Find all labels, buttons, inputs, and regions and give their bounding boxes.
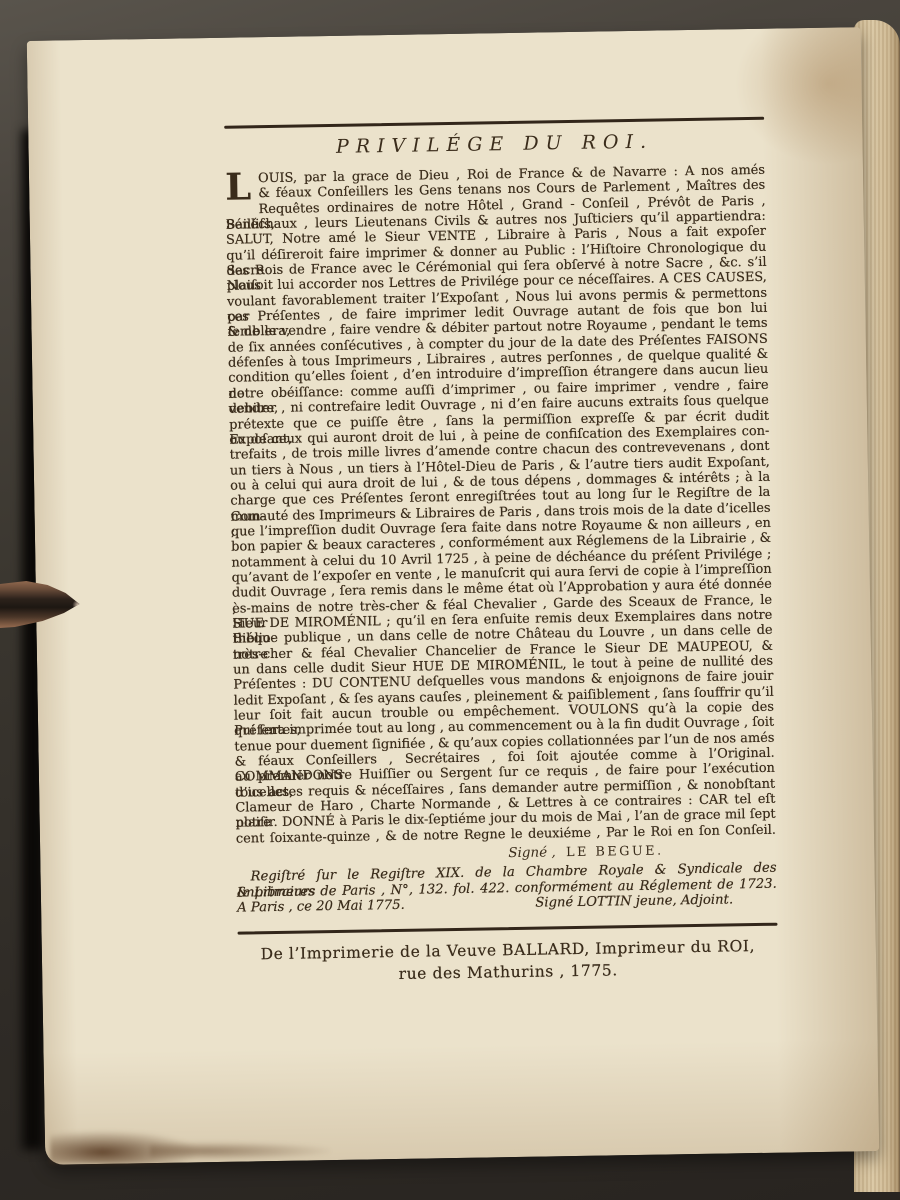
signature-name: LE BEGUE. xyxy=(566,844,664,861)
registration-note: Regiſtré ſur le Regiſtre XIX. de la Cham… xyxy=(237,861,778,917)
printer-colophon: De l’Imprimerie de la Veuve BALLARD, Imp… xyxy=(228,934,789,987)
edge-stain xyxy=(150,1142,330,1160)
privilege-body-text: L OUIS, par la grace de Dieu , Roi de Fr… xyxy=(225,163,776,847)
registration-signature: Signé LOTTIN jeune, Adjoint. xyxy=(535,893,733,912)
privilege-text-lines: OUIS, par la grace de Dieu , Roi de Fran… xyxy=(225,163,776,847)
registration-place-date: A Paris , ce 20 Mai 1775. xyxy=(237,898,405,916)
page-title: PRIVILÉGE DU ROI. xyxy=(224,129,764,160)
bottom-horizontal-rule xyxy=(238,923,778,935)
signature-prefix: Signé , xyxy=(508,844,556,861)
book-page: PRIVILÉGE DU ROI. L OUIS, par la grace d… xyxy=(27,27,880,1165)
drop-cap-initial: L xyxy=(225,172,252,202)
top-horizontal-rule xyxy=(224,117,764,128)
photo-of-book-page: PRIVILÉGE DU ROI. L OUIS, par la grace d… xyxy=(0,0,900,1200)
